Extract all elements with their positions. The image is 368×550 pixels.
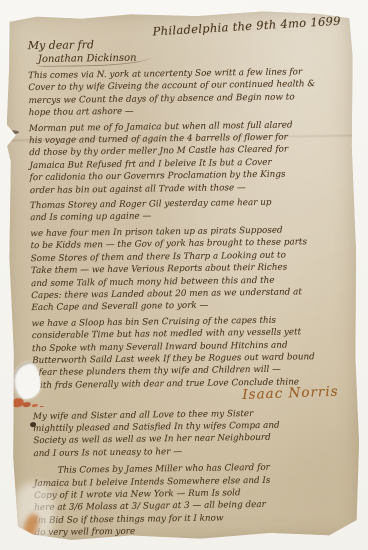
paper-hole bbox=[13, 362, 41, 399]
paragraph-sloop: we have a Sloop has bin Sen Cruising of … bbox=[32, 313, 345, 392]
paragraph-storey: Thomas Storey and Roger Gil yesterday ca… bbox=[30, 196, 342, 225]
addressee: Jonathan Dickinson bbox=[38, 51, 151, 67]
paragraph-jamaica: Morman put me of fo Jamaica but when all… bbox=[29, 118, 342, 197]
paragraph-intro: This comes via N. york at uncertenty Soe… bbox=[28, 66, 341, 120]
corner-stain-small bbox=[17, 534, 35, 543]
postscript-miller: This Comes by James Miller who has Clear… bbox=[34, 461, 347, 540]
salutation: My dear frd bbox=[28, 35, 340, 53]
letter-body: My dear frd Jonathan Dickinson This come… bbox=[6, 35, 361, 540]
letter-paper: Philadelphia the 9th 4mo 1699 My dear fr… bbox=[5, 9, 360, 544]
postscript-family: My wife and Sister and all Love to thee … bbox=[33, 406, 346, 460]
paragraph-pirates: we have four men In prison taken up as p… bbox=[30, 224, 343, 315]
